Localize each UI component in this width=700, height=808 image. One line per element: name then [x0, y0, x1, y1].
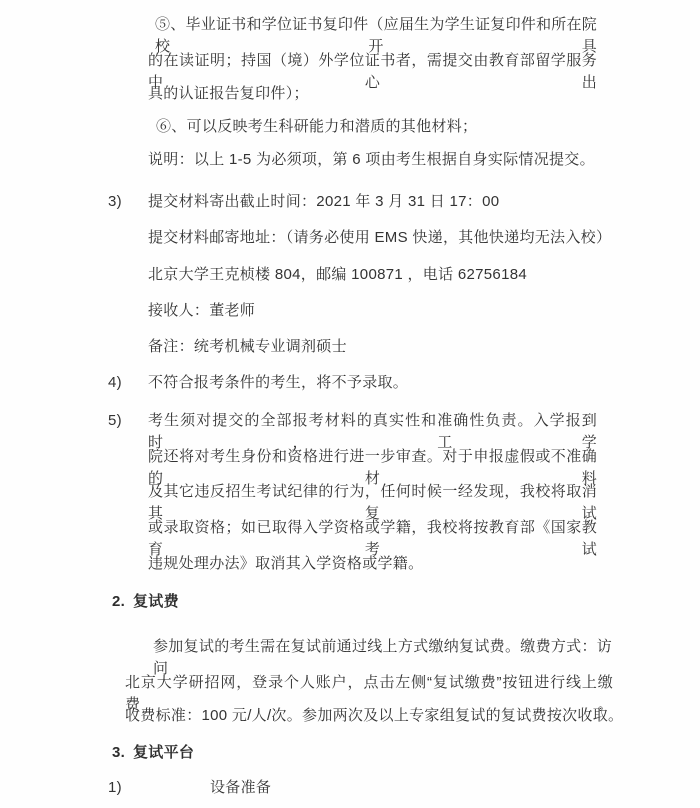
list-number: 3) [108, 191, 122, 213]
paragraph-line: 北京大学王克桢楼 804，邮编 100871 ，电话 62756184 [148, 264, 527, 286]
paragraph-line: ⑥、可以反映考生科研能力和潜质的其他材料； [156, 116, 477, 138]
paragraph-line: 提交材料邮寄地址：（请务必使用 EMS 快递，其他快递均无法入校） [148, 227, 611, 249]
list-item-text: 不符合报考条件的考生，将不予录取。 [148, 372, 408, 394]
paragraph-line: 或录取资格；如已取得入学资格或学籍，我校将按教育部《国家教育考试 [148, 517, 597, 539]
section-heading: 复试平台 [133, 742, 194, 764]
paragraph-line: 院还将对考生身份和资格进行进一步审查。对于申报虚假或不准确的材料 [148, 446, 597, 468]
list-item-text: 考生须对提交的全部报考材料的真实性和准确性负责。入学报到时，工学 [148, 410, 597, 432]
paragraph-line: 违规处理办法》取消其入学资格或学籍。 [148, 553, 423, 575]
list-item-text: 设备准备 [210, 777, 271, 799]
paragraph-line: 及其它违反招生考试纪律的行为，任何时候一经发现，我校将取消其复试 [148, 481, 597, 503]
list-number: 4) [108, 372, 122, 394]
note-line: 说明：以上 1-5 为必须项，第 6 项由考生根据自身实际情况提交。 [148, 149, 595, 171]
section-number: 2. [112, 591, 125, 613]
paragraph-line: 接收人：董老师 [148, 300, 255, 322]
list-item-text: 提交材料寄出截止时间：2021 年 3 月 31 日 17：00 [148, 191, 499, 213]
paragraph-line: 北京大学研招网，登录个人账户，点击左侧“复试缴费”按钮进行线上缴费。 [125, 672, 613, 694]
paragraph-line: 具的认证报告复印件）； [148, 83, 309, 105]
document-page: ⑤、毕业证书和学位证书复印件（应届生为学生证复印件和所在院校开具 的在读证明；持… [0, 0, 700, 808]
list-number: 1) [108, 777, 122, 799]
paragraph-line: 备注：统考机械专业调剂硕士 [148, 336, 347, 358]
paragraph-line: 收费标准：100 元/人/次。参加两次及以上专家组复试的复试费按次收取。 [125, 705, 623, 727]
list-number: 5) [108, 410, 122, 432]
section-heading: 复试费 [133, 591, 179, 613]
paragraph-line: 的在读证明；持国（境）外学位证书者，需提交由教育部留学服务中心出 [148, 50, 597, 72]
section-number: 3. [112, 742, 125, 764]
paragraph-line: 参加复试的考生需在复试前通过线上方式缴纳复试费。缴费方式：访问 [153, 636, 612, 658]
paragraph-line: ⑤、毕业证书和学位证书复印件（应届生为学生证复印件和所在院校开具 [155, 14, 597, 36]
